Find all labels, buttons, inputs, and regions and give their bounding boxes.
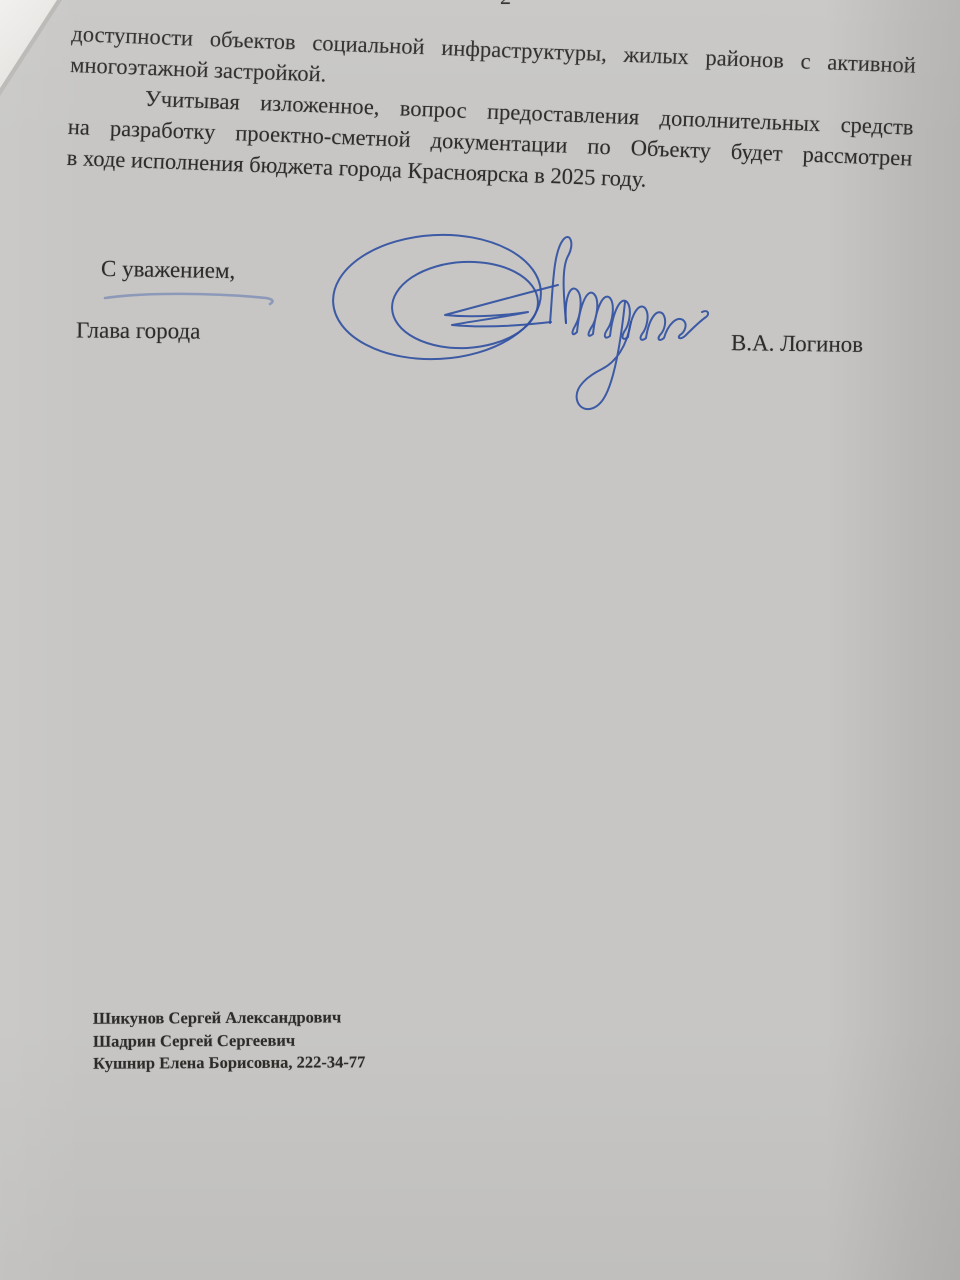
closing-salutation: С уважением, (101, 256, 236, 284)
contact-line: Шикунов Сергей Александрович (93, 1006, 365, 1030)
signer-name: В.А. Логинов (731, 330, 863, 358)
signature-descender-loop (577, 302, 631, 409)
letter-body: доступности объектов социальной инфрастр… (66, 18, 916, 205)
contact-line: Шадрин Сергей Сергеевич (93, 1029, 365, 1053)
signer-title: Глава города (76, 317, 201, 344)
contact-line: Кушнир Елена Борисовна, 222-34-77 (93, 1051, 365, 1075)
signature-loops-stroke (566, 288, 708, 339)
document-photo: 2 доступности объектов социальной инфрас… (0, 0, 960, 1280)
signature-ink (325, 228, 725, 423)
executor-contacts: Шикунов Сергей Александрович Шадрин Серг… (93, 1006, 366, 1075)
pen-underline-stroke (101, 289, 286, 309)
page-number: 2 (500, 0, 512, 10)
signature-vertical-stroke (550, 237, 571, 323)
signature-inner-loop (390, 258, 540, 352)
